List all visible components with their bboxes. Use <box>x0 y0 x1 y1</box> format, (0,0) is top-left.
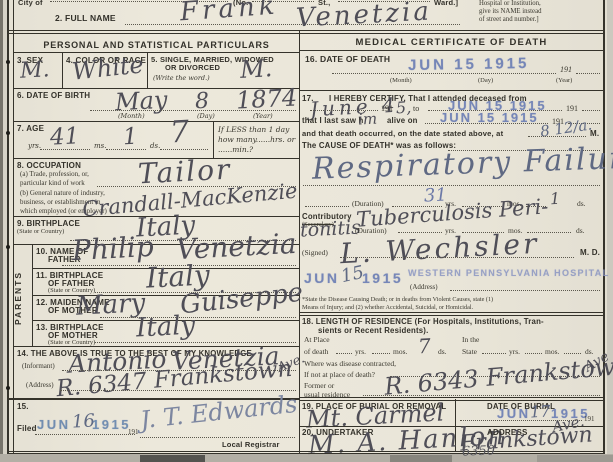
dotted-leader <box>425 123 548 124</box>
dotted-leader <box>106 149 146 150</box>
occupation-a-line2: particular kind of work <box>20 179 85 187</box>
rule <box>8 30 604 31</box>
signed-label: (Signed) <box>302 248 328 257</box>
age-ms-caption: ms. <box>94 142 106 150</box>
punch-dot <box>6 60 10 64</box>
birthplace-hint: (State or Country) <box>17 228 64 235</box>
local-registrar-label: Local Registrar <box>222 440 280 449</box>
parents-section-label: PARENTS <box>13 252 30 344</box>
dotted-leader <box>90 110 296 111</box>
filed-month-stamp: JUN <box>37 417 71 432</box>
ward-label: Ward.] <box>434 0 458 7</box>
scan-edge-right <box>607 0 613 462</box>
rule <box>299 397 604 398</box>
filed-year-stamp: 1915 <box>92 417 131 432</box>
burial-date-day-value: 17 <box>530 401 551 421</box>
occupation-a-line1: (a) Trade, profession, or, <box>20 170 89 178</box>
rule <box>299 315 604 316</box>
punch-dot <box>6 245 10 249</box>
md-label: M. D. <box>580 248 600 257</box>
dotted-leader <box>140 437 295 438</box>
former-residence-value: R. 6343 Frankstown <box>383 351 613 400</box>
rule <box>14 121 299 122</box>
dotted-leader <box>372 353 390 354</box>
dotted-leader <box>525 353 542 354</box>
medical-section-title: MEDICAL CERTIFICATE OF DEATH <box>299 37 604 48</box>
hospital-stamp: WESTERN PENNSYLVANIA HOSPITAL <box>408 268 609 278</box>
dotted-leader <box>35 434 135 435</box>
duration2-caption: (Duration) <box>355 226 387 235</box>
informant-label: (Informant) <box>22 362 55 370</box>
residence-label-line2: sients or Recent Residents). <box>318 326 428 335</box>
in-the-label: In the <box>462 335 479 344</box>
day-caption: (Day) <box>478 77 493 84</box>
dotted-leader <box>303 185 600 186</box>
duration-days-value: 1 <box>550 189 561 209</box>
age-days-value: 7 <box>169 115 190 151</box>
occurred-text: and that death occurred, on the date sta… <box>302 129 503 138</box>
age-less-note-line1: If LESS than 1 day <box>218 125 289 134</box>
sex-value: M. <box>19 57 50 84</box>
address2-label: (Address) <box>410 283 438 291</box>
punch-dot <box>6 386 10 390</box>
cell-divider <box>147 53 148 88</box>
rule <box>299 400 604 401</box>
dod-year-print: 191 <box>560 65 572 74</box>
year-caption: (Year) <box>556 77 572 84</box>
marital-value: M. <box>239 54 273 84</box>
footnote-line2: Means of Injury; and (2) whether Acciden… <box>302 304 473 311</box>
sign-date-month-stamp: JUN <box>304 270 340 286</box>
dotted-leader <box>40 149 90 150</box>
date-of-death-stamp: JUN 15 1915 <box>408 55 530 74</box>
form-border-right <box>603 0 605 456</box>
dotted-leader <box>528 136 586 137</box>
dob-label: 6. DATE OF BIRTH <box>17 91 90 100</box>
dotted-leader <box>340 257 574 258</box>
father-first-value: Philip <box>71 230 154 267</box>
state-yrs-caption: yrs. <box>509 347 520 356</box>
state-label: State <box>462 347 477 356</box>
filed-label: Filed <box>17 424 37 433</box>
month-caption: (Month) <box>118 112 145 120</box>
at-place-label: At Place <box>304 335 330 344</box>
of-death-label: of death <box>304 347 328 356</box>
dotted-leader <box>482 353 506 354</box>
duration2-ds-caption: ds. <box>576 226 585 235</box>
age-less-note-line2: how many......hrs. or <box>218 135 295 144</box>
occupation-label: 8. OCCUPATION <box>17 161 81 170</box>
from-year-print: 191 <box>381 104 393 113</box>
footnote-line1: *State the Disease Causing Death; or in … <box>302 296 493 303</box>
saw-text: that I last saw h <box>302 116 363 125</box>
saw-him-hand: im <box>358 110 378 129</box>
day-caption: (Day) <box>197 112 215 120</box>
birthplace-label: 9. BIRTHPLACE <box>17 219 80 228</box>
mother-birthplace-value: Italy <box>135 310 196 343</box>
dotted-leader <box>305 206 349 207</box>
scan-edge-bottom <box>0 454 613 462</box>
mother-birthplace-hint: (State or Country) <box>48 339 95 346</box>
rule <box>8 453 604 454</box>
rule <box>8 451 604 452</box>
hospital-note-line3: of street and number.] <box>479 16 539 23</box>
personal-section-title: PERSONAL AND STATISTICAL PARTICULARS <box>14 40 299 50</box>
rule <box>14 52 299 53</box>
to-label: to <box>413 104 419 113</box>
age-years-value: 41 <box>49 123 80 150</box>
scan-artifact-right <box>537 455 613 462</box>
meridiem-label: M. <box>590 129 599 138</box>
duration-ds-caption: ds. <box>577 199 586 208</box>
filed-number: 15. <box>17 402 29 411</box>
dotted-leader <box>576 73 600 74</box>
contracted-label: Where was disease contracted, <box>304 359 396 368</box>
dotted-leader <box>332 73 556 74</box>
file-number-value: 6350 <box>462 443 496 459</box>
dotted-leader <box>582 110 600 111</box>
res-ds-caption: ds. <box>438 347 447 356</box>
punch-dot <box>6 131 10 135</box>
year-caption: (Year) <box>253 112 273 120</box>
full-name-label: 2. FULL NAME <box>55 13 116 23</box>
cell-divider <box>62 53 63 88</box>
informant-address-label: (Address) <box>26 381 54 389</box>
scan-artifact-dark <box>140 455 205 462</box>
full-name-last-value: Venetzia <box>295 0 432 34</box>
age-label: 7. AGE <box>17 124 44 133</box>
dotted-leader <box>60 390 296 391</box>
age-ds-caption: ds. <box>150 142 160 150</box>
former-label-line1: Former or <box>304 381 334 390</box>
sign-date-year-stamp: 1915 <box>362 270 403 286</box>
res-yrs-caption: yrs. <box>355 347 366 356</box>
to-year-print: 191 <box>566 104 578 113</box>
state-mos-caption: mos. <box>545 347 559 356</box>
registrar-signature: J. T. Edwards <box>139 390 299 434</box>
res-mos-caption: mos. <box>393 347 407 356</box>
marital-hint: (Write the word.) <box>153 74 210 82</box>
race-value: White <box>71 50 145 85</box>
rule <box>299 50 604 51</box>
res-days-value: 7 <box>417 334 431 359</box>
age-months-value: 1 <box>122 124 138 151</box>
dotted-leader <box>363 395 600 396</box>
alive-on-text: alive on <box>387 116 418 125</box>
hospital-note-line2: give its NAME instead <box>479 8 542 15</box>
dotted-leader <box>100 317 296 318</box>
dotted-leader <box>160 149 208 150</box>
rule <box>299 312 604 313</box>
residence-label-line1: 18. LENGTH OF RESIDENCE (For Hospitals, … <box>302 317 544 326</box>
hospital-note-line1: Hospital or Institution, <box>479 0 541 7</box>
dotted-leader <box>450 290 600 291</box>
rule <box>8 33 604 34</box>
dotted-leader <box>564 353 581 354</box>
date-of-death-label: 16. DATE OF DEATH <box>305 54 390 64</box>
form-border-left-inner <box>13 0 14 456</box>
burial-date-month-stamp: JUN <box>497 406 531 421</box>
city-of-label: City of <box>18 0 43 7</box>
death-certificate-scan: City of (No. St., Ward.] Hospital or Ins… <box>0 0 613 462</box>
from-year-hand: 5, <box>396 98 412 118</box>
dotted-leader <box>336 353 352 354</box>
if-not-label: If not at place of death? <box>304 370 375 379</box>
marital-label-line2: OR DIVORCED <box>165 63 220 72</box>
rule <box>299 90 604 91</box>
month-caption: (Month) <box>390 77 412 84</box>
